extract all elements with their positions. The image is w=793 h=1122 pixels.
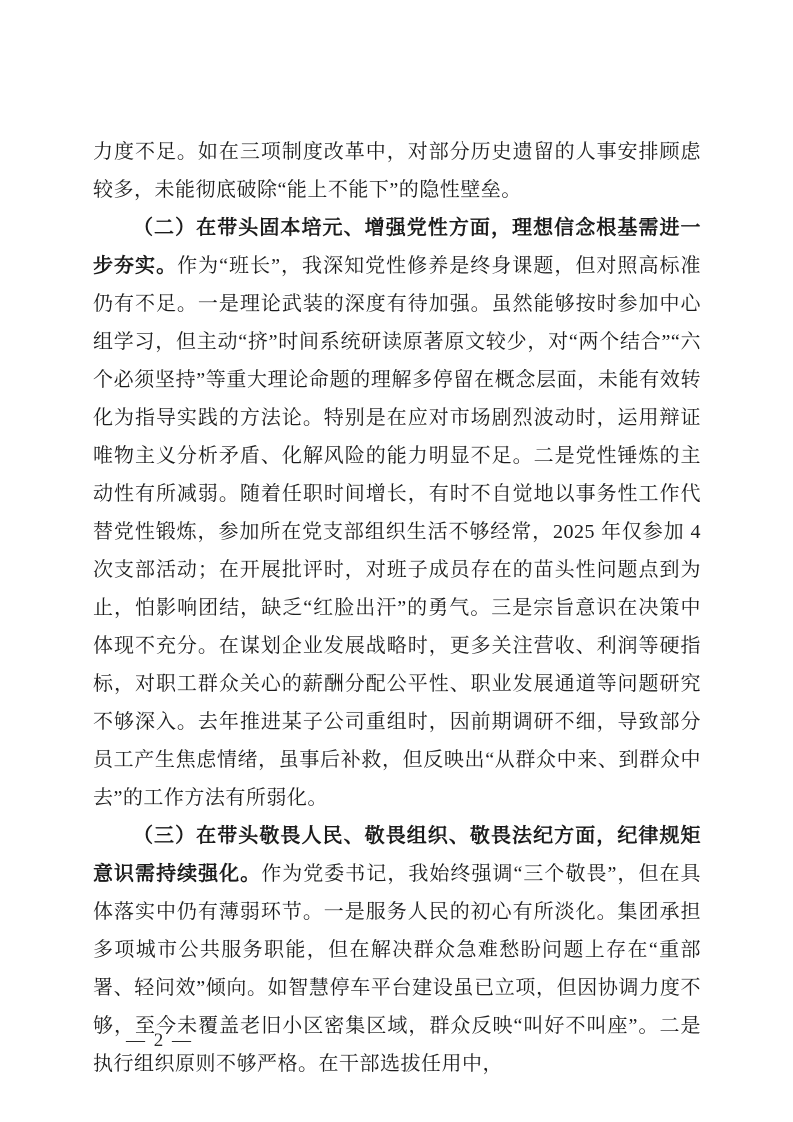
paragraph-section-2: （二）在带头固本培元、增强党性方面，理想信念根基需进一步夯实。作为“班长”，我深… <box>93 209 701 817</box>
document-body: 力度不足。如在三项制度改革中，对部分历史遗留的人事安排顾虑较多，未能彻底破除“能… <box>93 133 701 1083</box>
document-page: 力度不足。如在三项制度改革中，对部分历史遗留的人事安排顾虑较多，未能彻底破除“能… <box>0 0 793 1122</box>
paragraph-continuation: 力度不足。如在三项制度改革中，对部分历史遗留的人事安排顾虑较多，未能彻底破除“能… <box>93 133 701 209</box>
paragraph-text: 作为“班长”，我深知党性修养是终身课题，但对照高标准仍有不足。一是理论武装的深度… <box>93 255 701 809</box>
paragraph-text: 力度不足。如在三项制度改革中，对部分历史遗留的人事安排顾虑较多，未能彻底破除“能… <box>93 141 701 201</box>
page-number: — 2 — <box>126 1030 193 1052</box>
